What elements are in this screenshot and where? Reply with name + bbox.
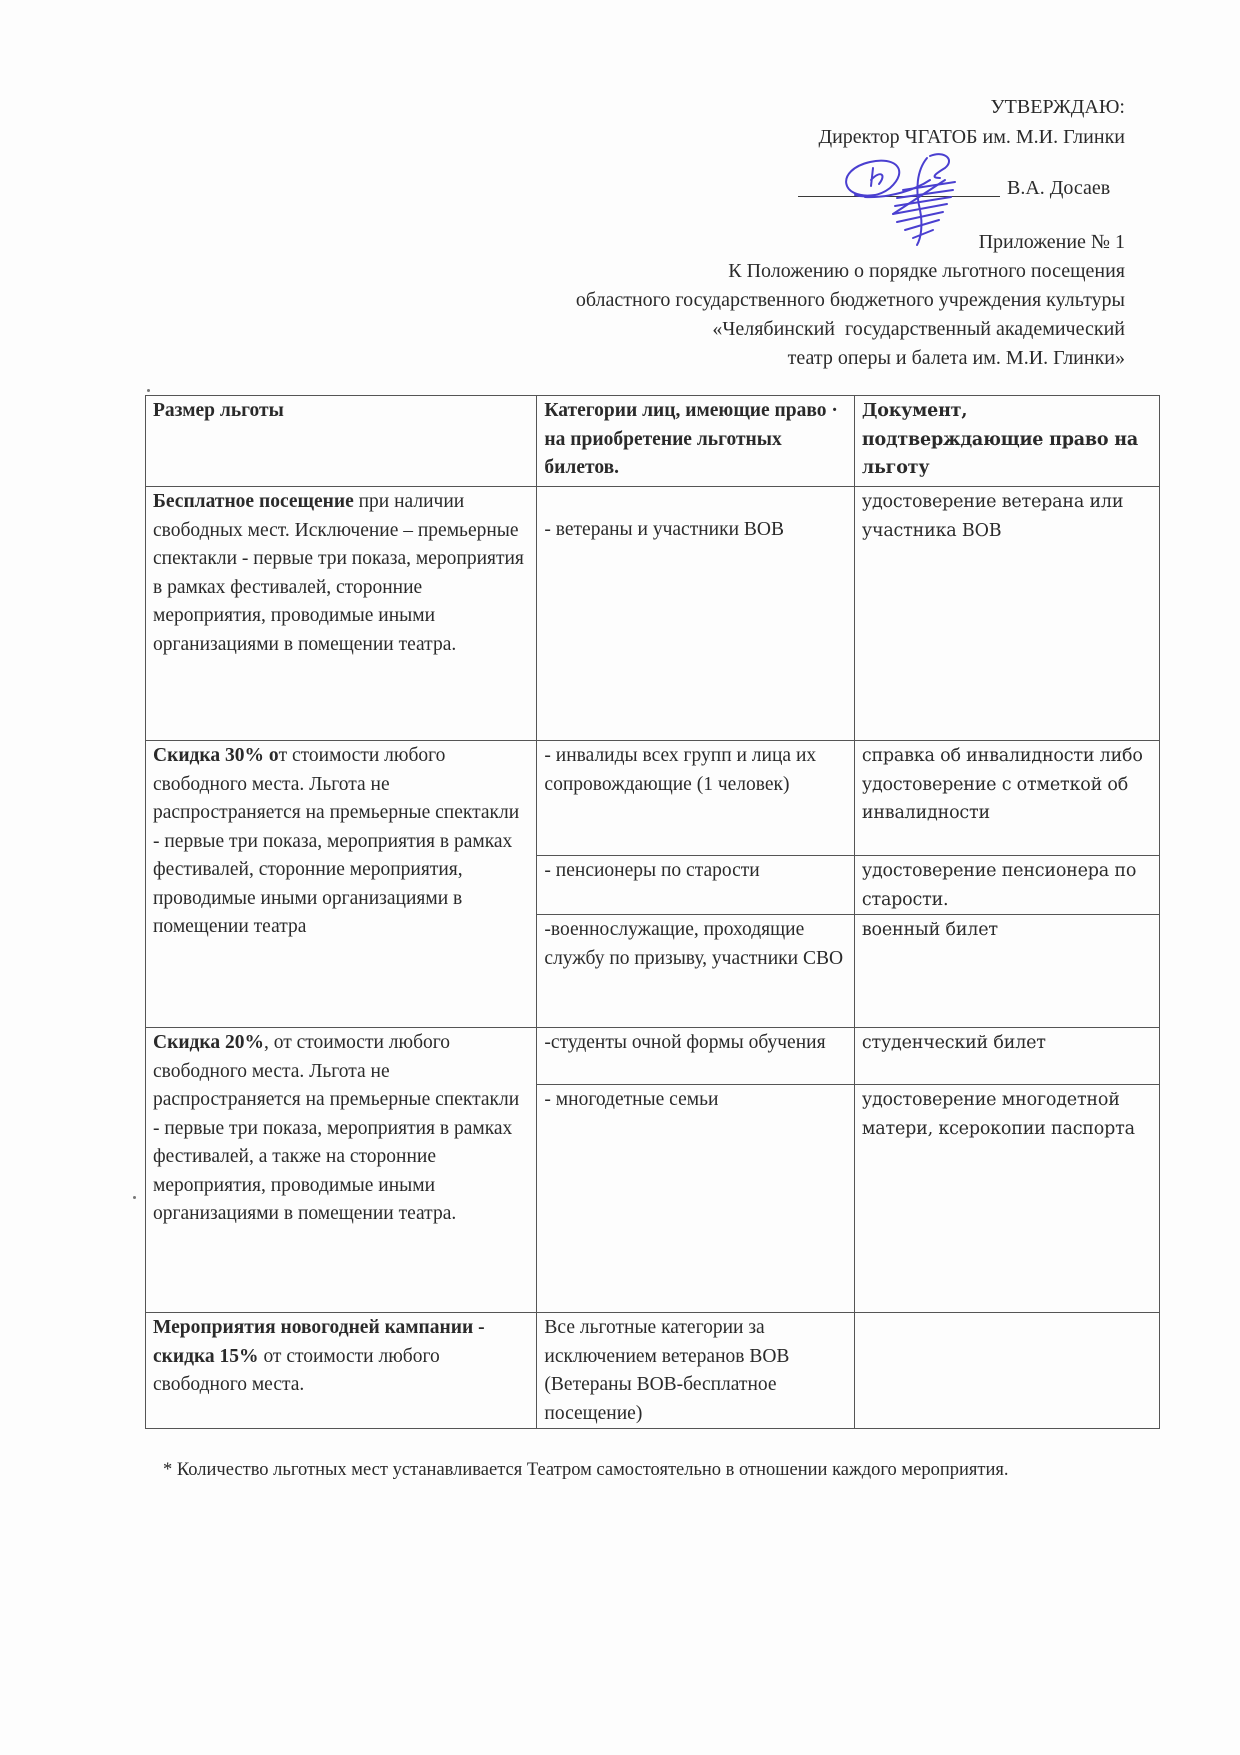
document-cell: справка об инвалидности либо удостоверен…	[854, 741, 1159, 856]
category-cell: - ветераны и участники ВОВ	[537, 487, 854, 741]
document-cell: удостоверение ветерана или участника ВОВ	[854, 487, 1159, 741]
table-row: Скидка 20%, от стоимости любого свободно…	[146, 1028, 1160, 1085]
approval-position: Директор ЧГАТОБ им. М.И. Глинки	[818, 122, 1125, 152]
approval-title: УТВЕРЖДАЮ:	[818, 92, 1125, 122]
approval-block: УТВЕРЖДАЮ: Директор ЧГАТОБ им. М.И. Глин…	[818, 92, 1125, 152]
category-cell: -студенты очной формы обучения	[537, 1028, 854, 1085]
category-cell: Все льготные категории за исключением ве…	[537, 1313, 854, 1429]
benefits-table: Размер льготы Категории лиц, имеющие пра…	[145, 395, 1160, 1429]
annex-line: областного государственного бюджетного у…	[576, 286, 1125, 315]
annex-line: театр оперы и балета им. М.И. Глинки»	[576, 344, 1125, 373]
table-row: Скидка 30% от стоимости любого свободног…	[146, 741, 1160, 856]
category-cell: - пенсионеры по старости	[537, 856, 854, 915]
table-row: Мероприятия новогодней кампании - скидка…	[146, 1313, 1160, 1429]
annex-line: «Челябинский государственный академическ…	[576, 315, 1125, 344]
annex-line: К Положению о порядке льготного посещени…	[576, 257, 1125, 286]
category-cell: - многодетные семьи	[537, 1085, 854, 1313]
scan-speck	[133, 1196, 136, 1199]
benefit-cell: Мероприятия новогодней кампании - скидка…	[146, 1313, 537, 1429]
scan-speck	[147, 389, 150, 392]
category-cell: - инвалиды всех групп и лица их сопровож…	[537, 741, 854, 856]
annex-line: Приложение № 1	[576, 228, 1125, 257]
table-row: Бесплатное посещение при наличии свободн…	[146, 487, 1160, 741]
header-document: Документ, подтверждающие право на льготу	[854, 396, 1159, 487]
annex-heading: Приложение № 1 К Положению о порядке льг…	[576, 228, 1125, 373]
document-cell: студенческий билет	[854, 1028, 1159, 1085]
document-cell	[854, 1313, 1159, 1429]
document-cell: военный билет	[854, 915, 1159, 1028]
benefit-cell: Скидка 30% от стоимости любого свободног…	[146, 741, 537, 1028]
category-cell: -военнослужащие, проходящие службу по пр…	[537, 915, 854, 1028]
document-cell: удостоверение пенсионера по старости.	[854, 856, 1159, 915]
benefit-cell: Скидка 20%, от стоимости любого свободно…	[146, 1028, 537, 1313]
footnote: * Количество льготных мест устанавливает…	[163, 1455, 1133, 1485]
signer-name: В.А. Досаев	[1007, 173, 1110, 203]
table-header-row: Размер льготы Категории лиц, имеющие пра…	[146, 396, 1160, 487]
document-cell: удостоверение многодетной матери, ксерок…	[854, 1085, 1159, 1313]
benefit-cell: Бесплатное посещение при наличии свободн…	[146, 487, 537, 741]
header-categories: Категории лиц, имеющие право · на приобр…	[537, 396, 854, 487]
header-benefit-size: Размер льготы	[146, 396, 537, 487]
